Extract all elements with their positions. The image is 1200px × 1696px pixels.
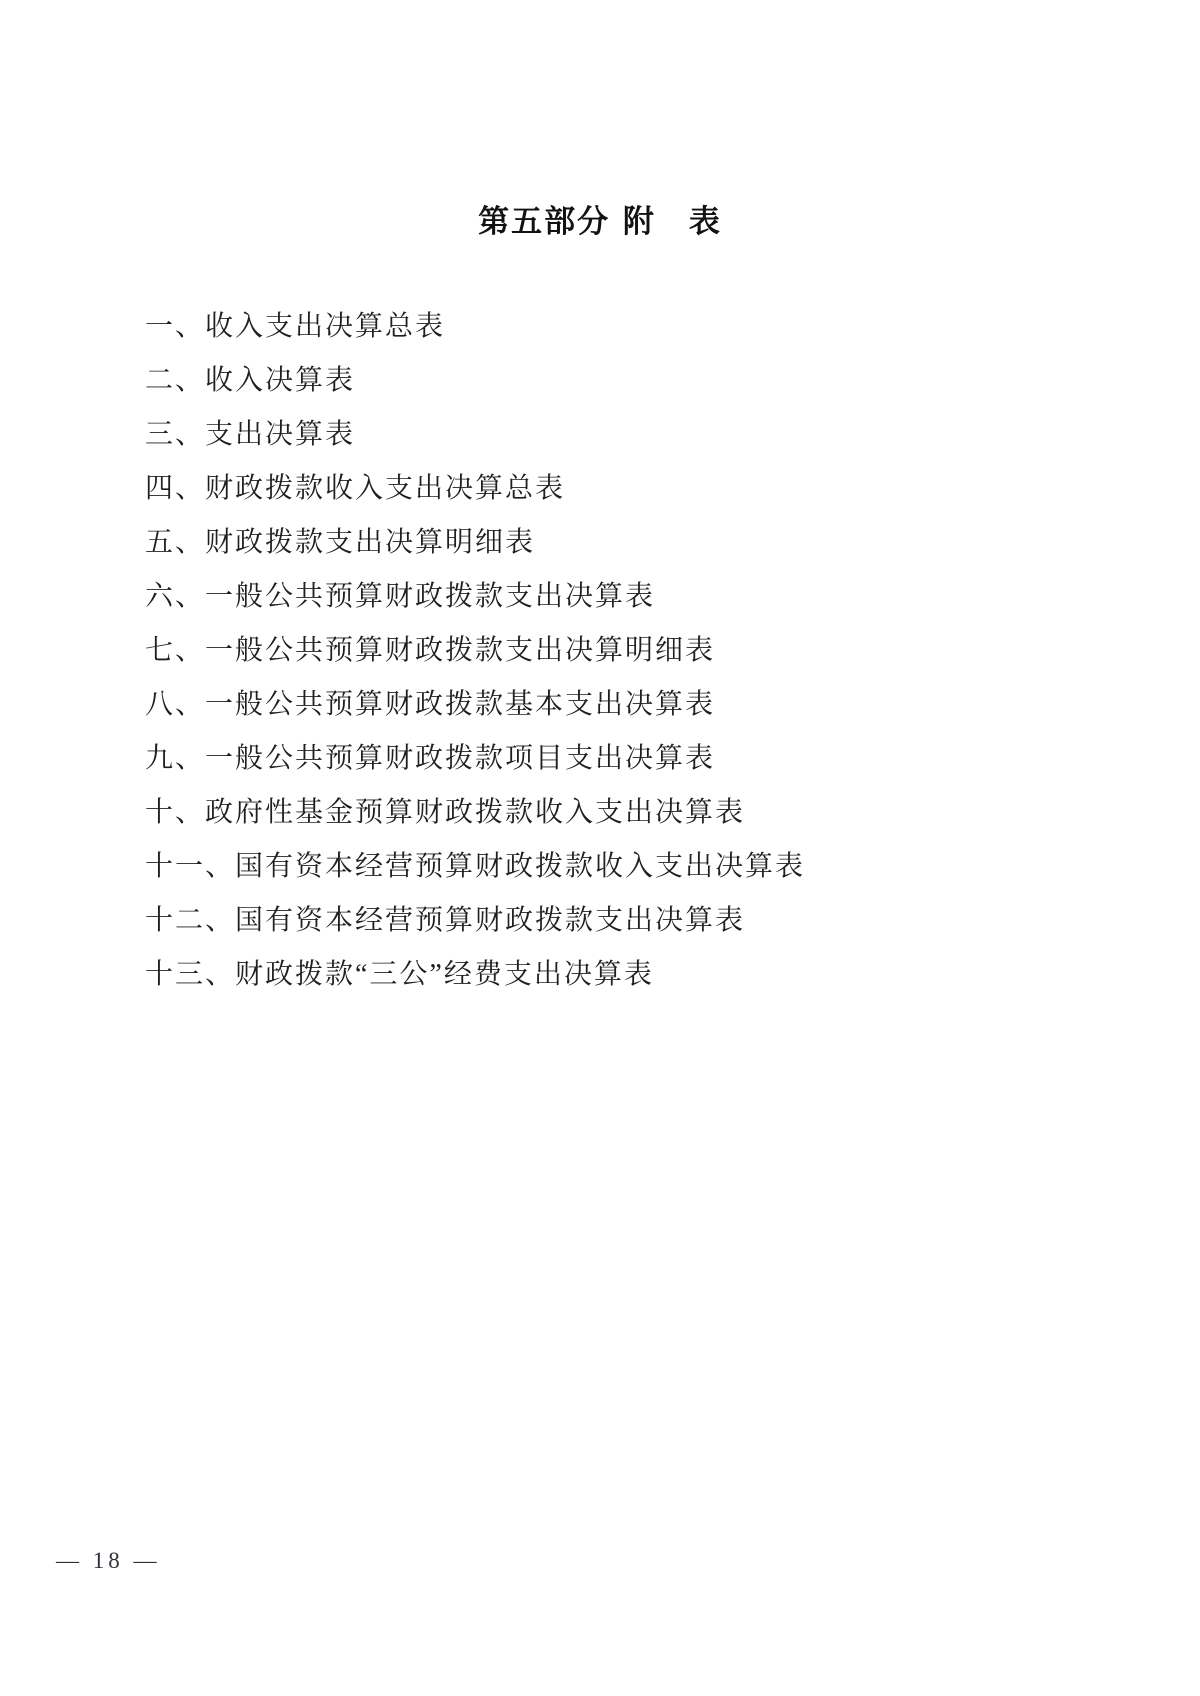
list-item: 十、政府性基金预算财政拨款收入支出决算表 bbox=[145, 786, 1125, 840]
list-item: 六、一般公共预算财政拨款支出决算表 bbox=[145, 570, 1125, 624]
page-number: — 18 — bbox=[56, 1546, 161, 1576]
list-item: 三、支出决算表 bbox=[145, 408, 1125, 462]
list-item: 十一、国有资本经营预算财政拨款收入支出决算表 bbox=[145, 840, 1125, 894]
list-item: 八、一般公共预算财政拨款基本支出决算表 bbox=[145, 678, 1125, 732]
list-item: 一、收入支出决算总表 bbox=[145, 300, 1125, 354]
appendix-table-list: 一、收入支出决算总表 二、收入决算表 三、支出决算表 四、财政拨款收入支出决算总… bbox=[145, 300, 1125, 1002]
list-item: 九、一般公共预算财政拨款项目支出决算表 bbox=[145, 732, 1125, 786]
list-item: 十三、财政拨款“三公”经费支出决算表 bbox=[145, 948, 1125, 1002]
list-item: 七、一般公共预算财政拨款支出决算明细表 bbox=[145, 624, 1125, 678]
list-item: 五、财政拨款支出决算明细表 bbox=[145, 516, 1125, 570]
list-item: 十二、国有资本经营预算财政拨款支出决算表 bbox=[145, 894, 1125, 948]
page-title: 第五部分 附 表 bbox=[0, 202, 1200, 242]
list-item: 四、财政拨款收入支出决算总表 bbox=[145, 462, 1125, 516]
document-page: 第五部分 附 表 一、收入支出决算总表 二、收入决算表 三、支出决算表 四、财政… bbox=[0, 0, 1200, 1696]
list-item: 二、收入决算表 bbox=[145, 354, 1125, 408]
